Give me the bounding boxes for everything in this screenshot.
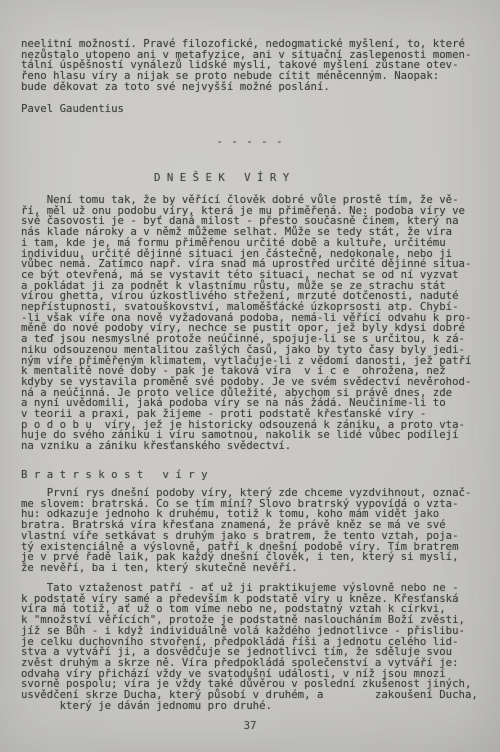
main-paragraph: Není tomu tak, že by věřící člověk dobré… bbox=[21, 195, 471, 452]
author-signature: Pavel Gaudentius bbox=[21, 104, 124, 115]
section-separator: - - - - - bbox=[0, 137, 500, 148]
brotherhood-paragraph: První rys dnešní podoby víry, který zde … bbox=[21, 488, 471, 574]
relation-paragraph: Tato vztaženost patří - ať už ji praktik… bbox=[21, 583, 478, 711]
page-title: D N E Š E K V Í R Y bbox=[154, 173, 289, 184]
continued-paragraph: neelitní možností. Pravé filozofické, ne… bbox=[21, 39, 471, 93]
page-number: 37 bbox=[0, 721, 500, 732]
document-page: neelitní možností. Pravé filozofické, ne… bbox=[0, 0, 500, 752]
section-heading: B r a t r s k o s t v í r y bbox=[21, 470, 208, 481]
